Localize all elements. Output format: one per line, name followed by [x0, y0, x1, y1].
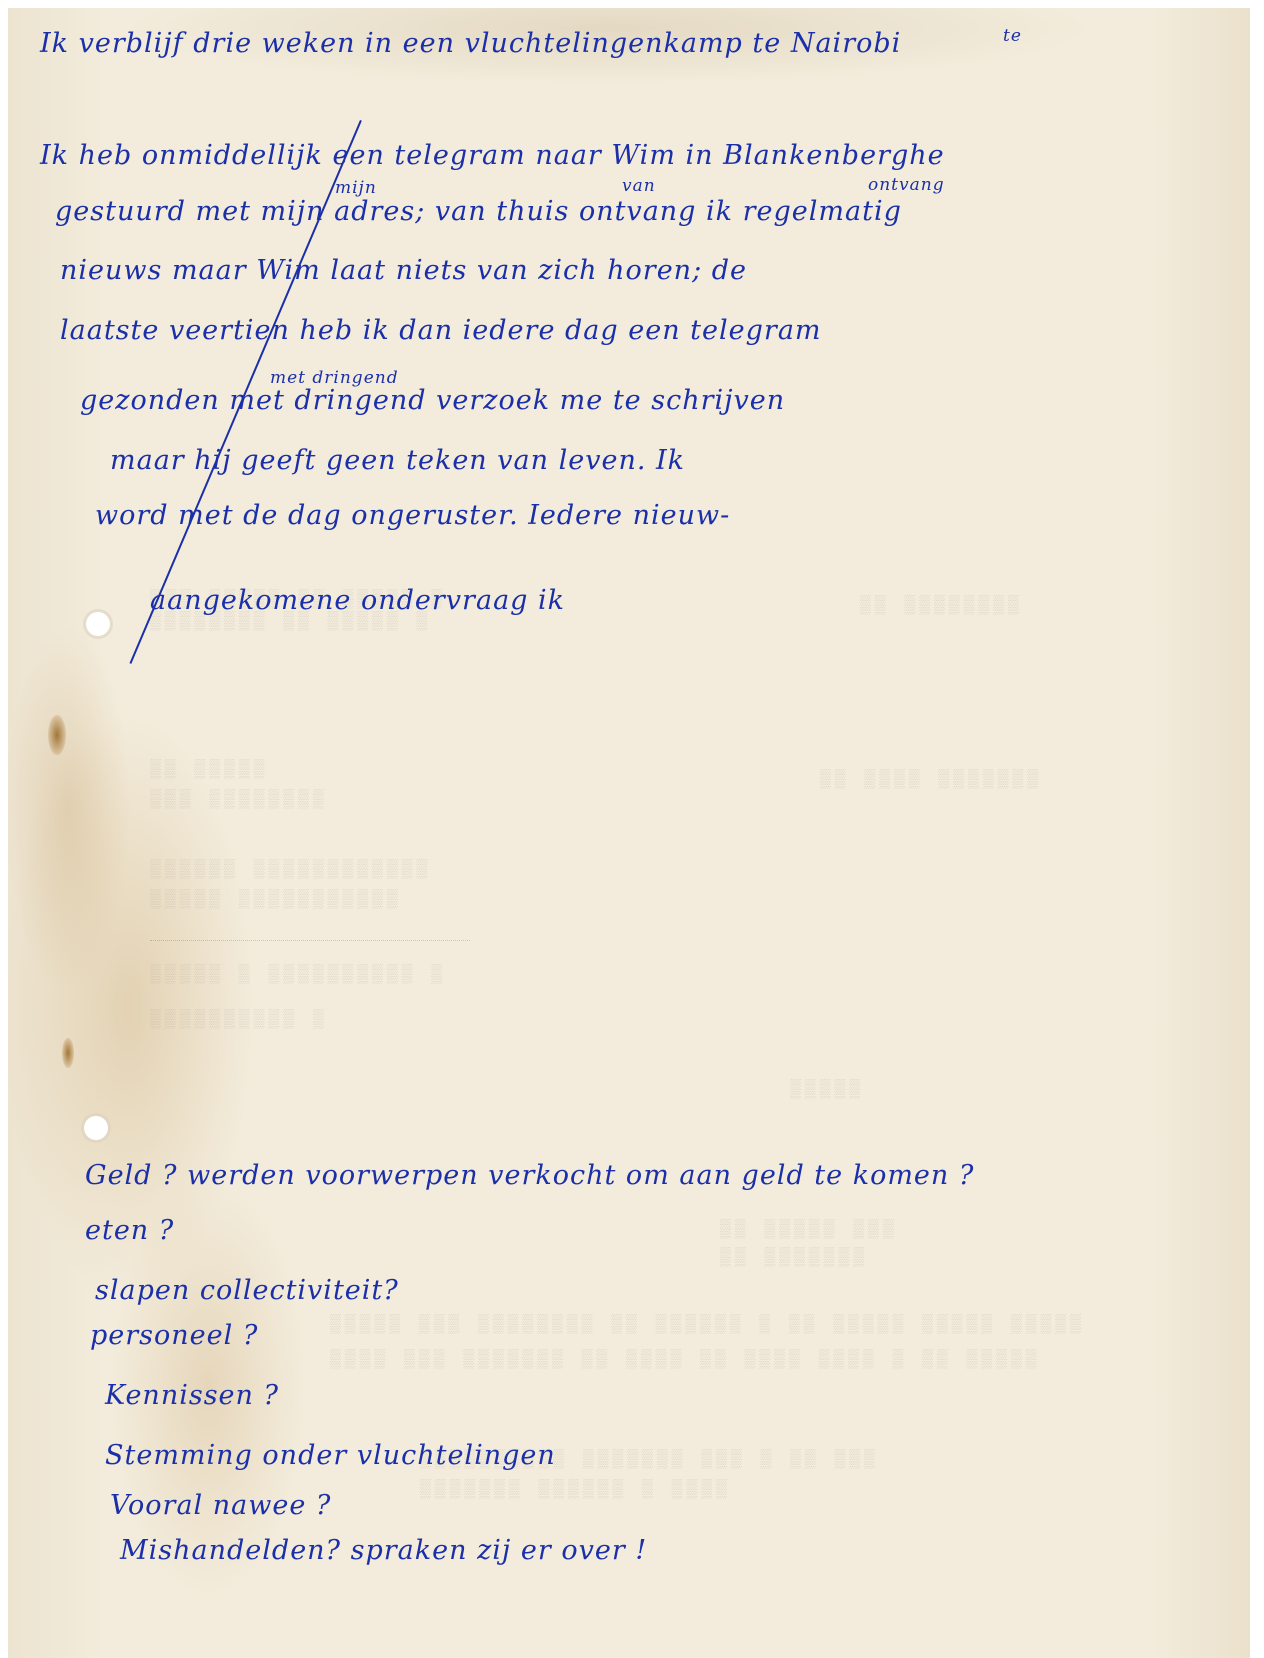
question-line: Mishandelden? spraken zij er over !: [120, 1535, 647, 1566]
question-line: eten ?: [85, 1215, 174, 1246]
question-line: Vooral nawee ?: [110, 1490, 331, 1521]
bleed-through-text: ▒▒▒▒▒▒▒ ▒▒▒▒▒▒ ▒ ▒▒▒▒: [420, 1480, 731, 1500]
bleed-through-text: ▒▒▒▒▒ ▒▒▒ ▒▒▒▒▒▒▒▒ ▒▒ ▒▒▒▒▒▒ ▒ ▒▒ ▒▒▒▒▒ …: [330, 1315, 1085, 1335]
bleed-through-rule: [150, 940, 470, 941]
question-line: Kennissen ?: [105, 1380, 279, 1411]
bleed-through-text: ▒▒▒▒ ▒▒▒ ▒▒▒▒▒▒▒ ▒▒ ▒▒▒▒ ▒▒ ▒▒▒▒ ▒▒▒▒ ▒ …: [330, 1350, 1040, 1370]
handwritten-line: word met de dag ongeruster. Iedere nieuw…: [95, 500, 730, 531]
handwritten-line: maar hij geeft geen teken van leven. Ik: [110, 445, 685, 476]
bleed-through-text: ▒▒▒▒▒▒▒▒▒▒ ▒: [150, 1010, 328, 1030]
inserted-correction: ontvang: [868, 175, 945, 195]
bleed-through-text: ▒▒ ▒▒▒▒▒▒▒▒: [860, 596, 1023, 616]
inserted-correction: van: [622, 176, 656, 196]
punch-hole-bottom: [84, 1116, 108, 1140]
inserted-correction: te: [1003, 26, 1022, 46]
bleed-through-text: ▒▒ ▒▒▒▒ ▒▒▒▒▒▒▒: [820, 770, 1042, 790]
handwritten-line: gestuurd met mijn adres; van thuis ontva…: [55, 196, 902, 227]
question-line: Geld ? werden voorwerpen verkocht om aan…: [85, 1160, 974, 1191]
rust-stain: [62, 1038, 74, 1068]
question-line: slapen collectiviteit?: [95, 1275, 399, 1306]
question-line: Stemming onder vluchtelingen: [105, 1440, 556, 1471]
handwritten-line: nieuws maar Wim laat niets van zich hore…: [60, 255, 747, 286]
inserted-correction: met dringend: [270, 368, 399, 388]
handwritten-line: gezonden met dringend verzoek me te schr…: [80, 385, 785, 416]
handwritten-line: Ik heb onmiddellijk een telegram naar Wi…: [40, 140, 945, 171]
bleed-through-text: ▒▒▒▒▒ ▒ ▒▒▒▒▒▒▒▒▒▒ ▒: [150, 965, 446, 985]
rust-stain: [48, 715, 66, 755]
handwritten-line: laatste veertien heb ik dan iedere dag e…: [60, 315, 822, 346]
punch-hole-top: [86, 612, 110, 636]
bleed-through-text: ▒▒▒ ▒▒▒▒▒▒▒▒: [150, 790, 328, 810]
handwritten-line: aangekomene ondervraag ik: [150, 585, 565, 616]
bleed-through-text: ▒▒▒▒▒▒ ▒▒▒▒▒▒▒▒▒▒▒▒: [150, 860, 431, 880]
bleed-through-text: ▒▒ ▒▒▒▒▒ ▒▒▒: [720, 1220, 898, 1240]
handwritten-line: Ik verblijf drie weken in een vluchtelin…: [40, 28, 901, 59]
bleed-through-text: ▒▒ ▒▒▒▒▒: [150, 760, 268, 780]
inserted-correction: mijn: [335, 178, 377, 198]
question-line: personeel ?: [90, 1320, 258, 1351]
bleed-through-text: ▒▒ ▒▒▒▒▒▒▒: [720, 1248, 868, 1268]
bleed-through-text: ▒▒▒▒▒: [790, 1080, 864, 1100]
bleed-through-text: ▒▒▒▒▒ ▒▒▒▒▒▒▒▒▒▒▒: [150, 890, 402, 910]
